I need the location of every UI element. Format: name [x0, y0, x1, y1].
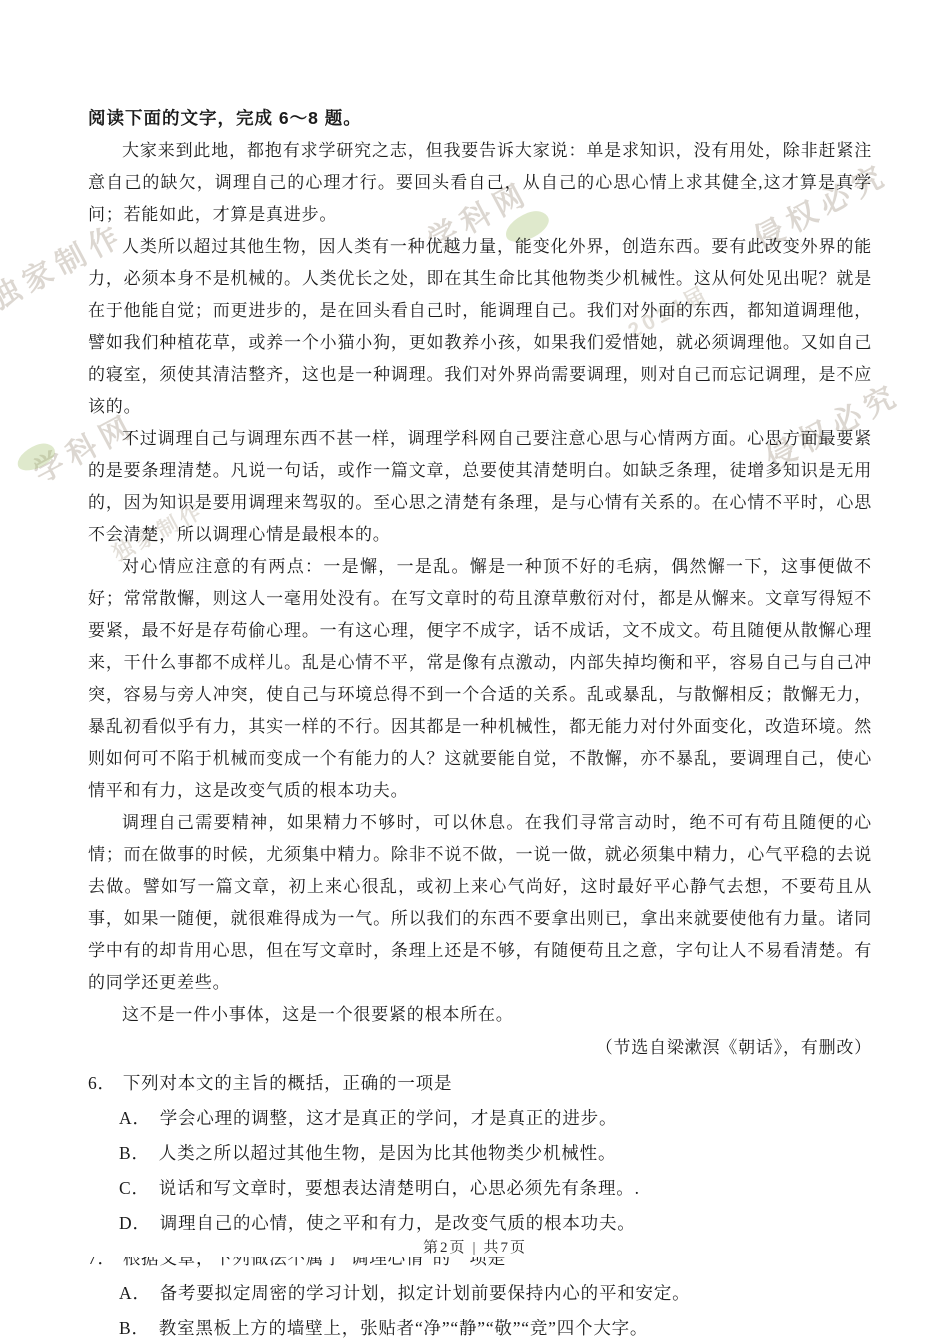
- question-6-option-b: B．人类之所以超过其他生物，是因为比其他物类少机械性。: [88, 1136, 872, 1171]
- footer-total-pages: 共7页: [484, 1240, 528, 1256]
- question-6-stem: 6．下列对本文的主旨的概括，正确的一项是: [88, 1066, 872, 1101]
- footer-current-page: 第2页: [423, 1240, 467, 1256]
- exam-page: 独家制作 学科网 侵权必究 学科网 2014届 侵权必究 独家制作 阅读下面的文…: [0, 0, 950, 1344]
- page-footer: 第2页|共7页: [0, 1236, 950, 1257]
- question-6-option-c: C．说话和写文章时，要想表达清楚明白，心思必须先有条理。.: [88, 1171, 872, 1206]
- option-label: B．: [119, 1143, 150, 1163]
- questions-section: 6．下列对本文的主旨的概括，正确的一项是 A．学会心理的调整，这才是真正的学问，…: [88, 1066, 872, 1344]
- question-6-option-a: A．学会心理的调整，这才是真正的学问，才是真正的进步。: [88, 1101, 872, 1136]
- reading-passage: 大家来到此地，都抱有求学研究之志，但我要告诉大家说：单是求知识，没有用处，除非赶…: [88, 135, 872, 1031]
- option-label: A．: [119, 1283, 151, 1303]
- option-text: 学会心理的调整，这才是真正的学问，才是真正的进步。: [160, 1108, 618, 1128]
- passage-paragraph-4: 对心情应注意的有两点：一是懈，一是乱。懈是一种顶不好的毛病，偶然懈一下，这事便做…: [88, 551, 872, 807]
- passage-attribution: （节选自梁漱溟《朝话》，有删改）: [88, 1031, 872, 1064]
- reading-instruction: 阅读下面的文字，完成 6～8 题。: [88, 102, 872, 135]
- option-label: D．: [119, 1213, 151, 1233]
- document-body: 阅读下面的文字，完成 6～8 题。 大家来到此地，都抱有求学研究之志，但我要告诉…: [88, 102, 872, 1344]
- passage-paragraph-3: 不过调理自己与调理东西不甚一样，调理学科网自己要注意心思与心情两方面。心思方面最…: [88, 423, 872, 551]
- question-7-option-b: B．教室黑板上方的墙壁上，张贴者“净”“静”“敬”“竞”四个大字。: [88, 1311, 872, 1344]
- footer-separator: |: [472, 1240, 477, 1256]
- passage-paragraph-1: 大家来到此地，都抱有求学研究之志，但我要告诉大家说：单是求知识，没有用处，除非赶…: [88, 135, 872, 231]
- option-label: A．: [119, 1108, 151, 1128]
- option-label: C．: [119, 1178, 150, 1198]
- option-text: 说话和写文章时，要想表达清楚明白，心思必须先有条理。.: [159, 1178, 640, 1198]
- question-7-option-a: A．备考要拟定周密的学习计划，拟定计划前要保持内心的平和安定。: [88, 1276, 872, 1311]
- passage-paragraph-5: 调理自己需要精神，如果精力不够时，可以休息。在我们寻常言动时，绝不可有苟且随便的…: [88, 807, 872, 999]
- question-6-text: 下列对本文的主旨的概括，正确的一项是: [123, 1073, 452, 1093]
- xkw-logo-leaf-icon: [13, 439, 58, 474]
- option-text: 教室黑板上方的墙壁上，张贴者“净”“静”“敬”“竞”四个大字。: [159, 1318, 648, 1338]
- question-6-number: 6．: [88, 1073, 116, 1093]
- option-label: B．: [119, 1318, 150, 1338]
- option-text: 调理自己的心情，使之平和有力，是改变气质的根本功夫。: [160, 1213, 636, 1233]
- option-text: 备考要拟定周密的学习计划，拟定计划前要保持内心的平和安定。: [160, 1283, 691, 1303]
- passage-paragraph-6: 这不是一件小事体，这是一个很要紧的根本所在。: [88, 999, 872, 1031]
- passage-paragraph-2: 人类所以超过其他生物，因人类有一种优越力量，能变化外界，创造东西。要有此改变外界…: [88, 231, 872, 423]
- option-text: 人类之所以超过其他生物，是因为比其他物类少机械性。: [159, 1143, 617, 1163]
